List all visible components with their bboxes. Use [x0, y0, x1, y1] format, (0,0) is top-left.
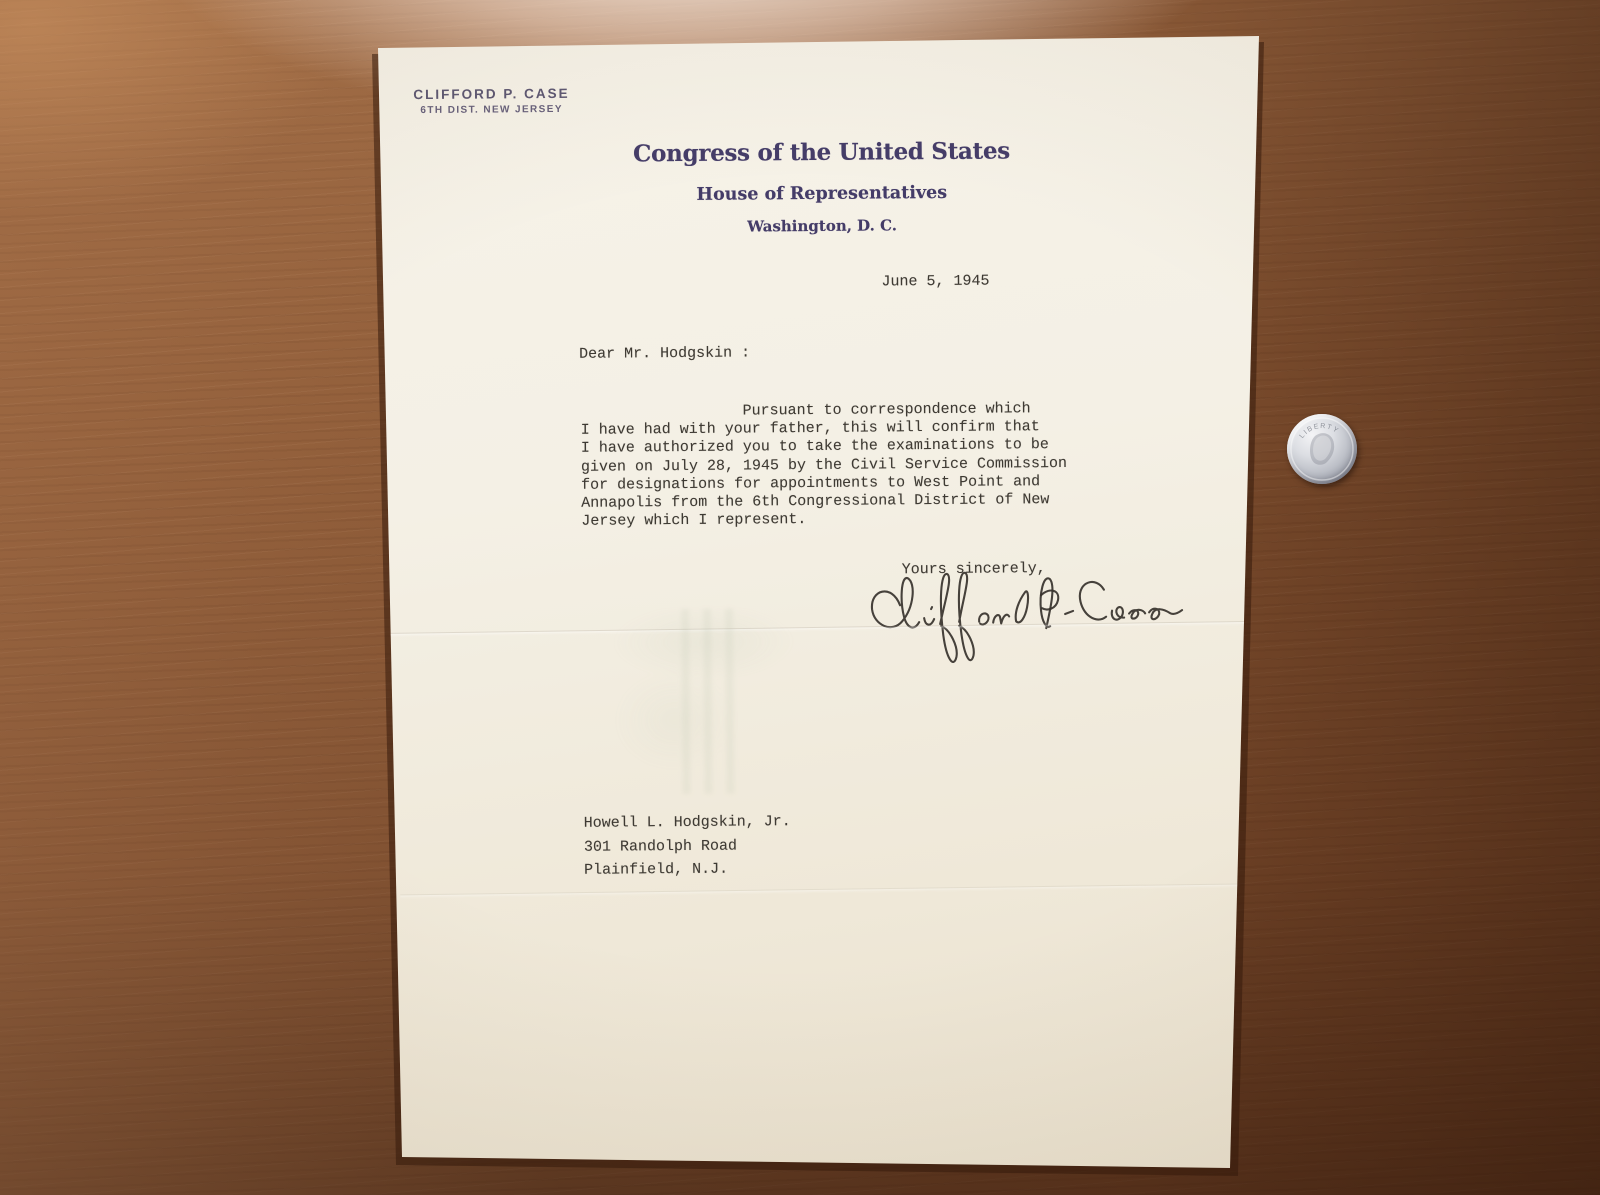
- fold-crease-lower: [400, 883, 1238, 898]
- recipient-address-block: Howell L. Hodgskin, Jr. 301 Randolph Roa…: [584, 810, 792, 882]
- letter-paper: CLIFFORD P. CASE 6TH DIST. NEW JERSEY Co…: [0, 0, 1600, 1195]
- photo-of-letter-on-wood-table: CLIFFORD P. CASE 6TH DIST. NEW JERSEY Co…: [0, 0, 1600, 1195]
- salutation: Dear Mr. Hodgskin :: [579, 344, 750, 362]
- letter-content: CLIFFORD P. CASE 6TH DIST. NEW JERSEY Co…: [0, 0, 1600, 1195]
- letterhead-title-congress: Congress of the United States: [376, 135, 1266, 169]
- paper-vignette: [0, 0, 1600, 1195]
- letterhead-member-block: CLIFFORD P. CASE 6TH DIST. NEW JERSEY: [409, 86, 574, 116]
- dime-coin-face: LIBERTY: [1287, 414, 1357, 484]
- handwritten-signature: [858, 565, 1189, 686]
- paper-watermark-ghost: [585, 607, 881, 794]
- member-district: 6TH DIST. NEW JERSEY: [409, 104, 574, 116]
- date-line: June 5, 1945: [881, 273, 989, 291]
- letterhead-title-house: House of Representatives: [377, 180, 1267, 207]
- member-name: CLIFFORD P. CASE: [409, 86, 574, 102]
- letterhead-title-washington: Washington, D. C.: [377, 213, 1267, 238]
- letter-body: Pursuant to correspondence which I have …: [580, 400, 1067, 531]
- dime-coin: LIBERTY: [1287, 414, 1357, 484]
